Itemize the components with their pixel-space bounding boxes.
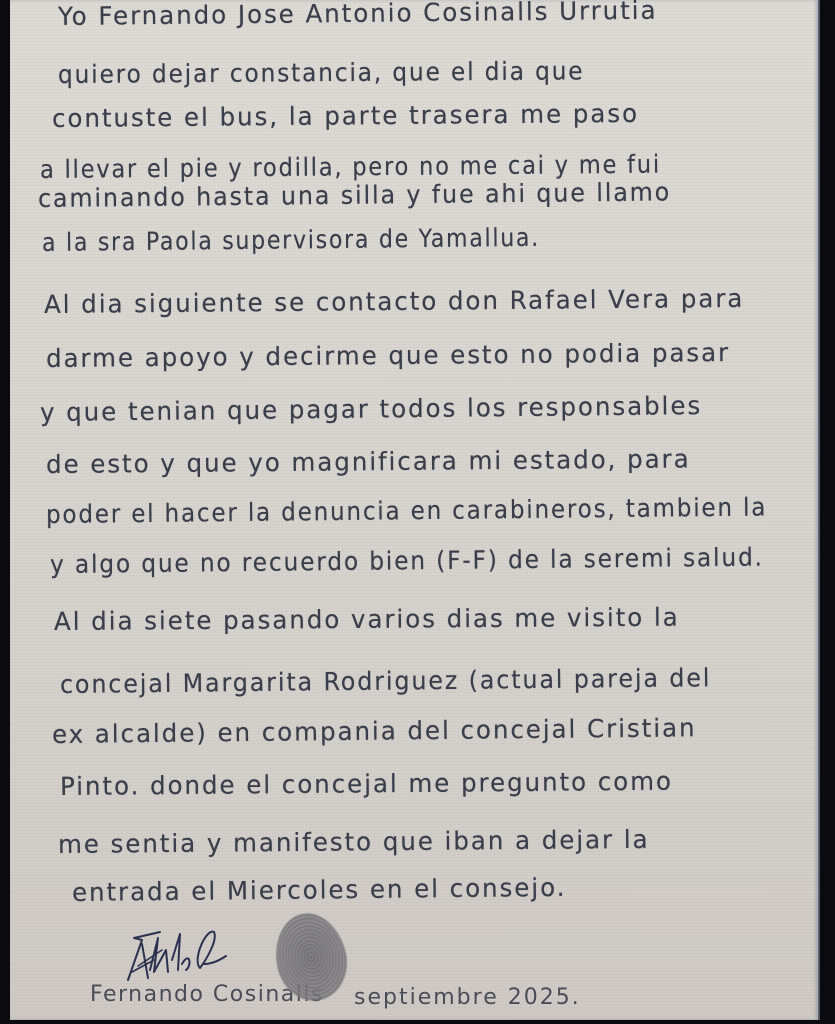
- text-line-17: me sentia y manifesto que iban a dejar l…: [58, 825, 650, 859]
- handwritten-page: Yo Fernando Jose Antonio Cosinalls Urrut…: [10, 0, 818, 1020]
- text-line-5: caminando hasta una silla y fue ahi que …: [38, 177, 671, 213]
- text-line-11: poder el hacer la denuncia en carabinero…: [46, 492, 767, 529]
- document-photo: Yo Fernando Jose Antonio Cosinalls Urrut…: [0, 0, 835, 1024]
- text-line-10: de esto y que yo magnificara mi estado, …: [46, 444, 691, 479]
- text-line-9: y que tenian que pagar todos los respons…: [40, 391, 702, 427]
- text-line-8: darme apoyo y decirme que esto no podia …: [46, 338, 730, 373]
- text-line-2: quiero dejar constancia, que el dia que: [58, 56, 585, 89]
- text-line-18: entrada el Miercoles en el consejo.: [72, 873, 567, 907]
- text-line-16: Pinto. donde el concejal me pregunto com…: [60, 767, 673, 801]
- text-line-12: y algo que no recuerdo bien (F-F) de la …: [50, 543, 764, 579]
- text-line-6: a la sra Paola supervisora de Yamallua.: [42, 223, 540, 257]
- text-line-13: Al dia siete pasando varios dias me visi…: [54, 603, 680, 636]
- text-line-3: contuste el bus, la parte trasera me pas…: [52, 99, 639, 133]
- text-line-15: ex alcalde) en compania del concejal Cri…: [52, 713, 697, 749]
- signature-block: Fernando Cosinalls: [90, 920, 290, 1020]
- text-line-1: Yo Fernando Jose Antonio Cosinalls Urrut…: [58, 0, 658, 31]
- text-line-14: concejal Margarita Rodriguez (actual par…: [60, 663, 712, 699]
- document-date: septiembre 2025.: [354, 985, 581, 1010]
- text-line-7: Al dia siguiente se contacto don Rafael …: [44, 284, 745, 319]
- signature-scribble-icon: [120, 920, 240, 990]
